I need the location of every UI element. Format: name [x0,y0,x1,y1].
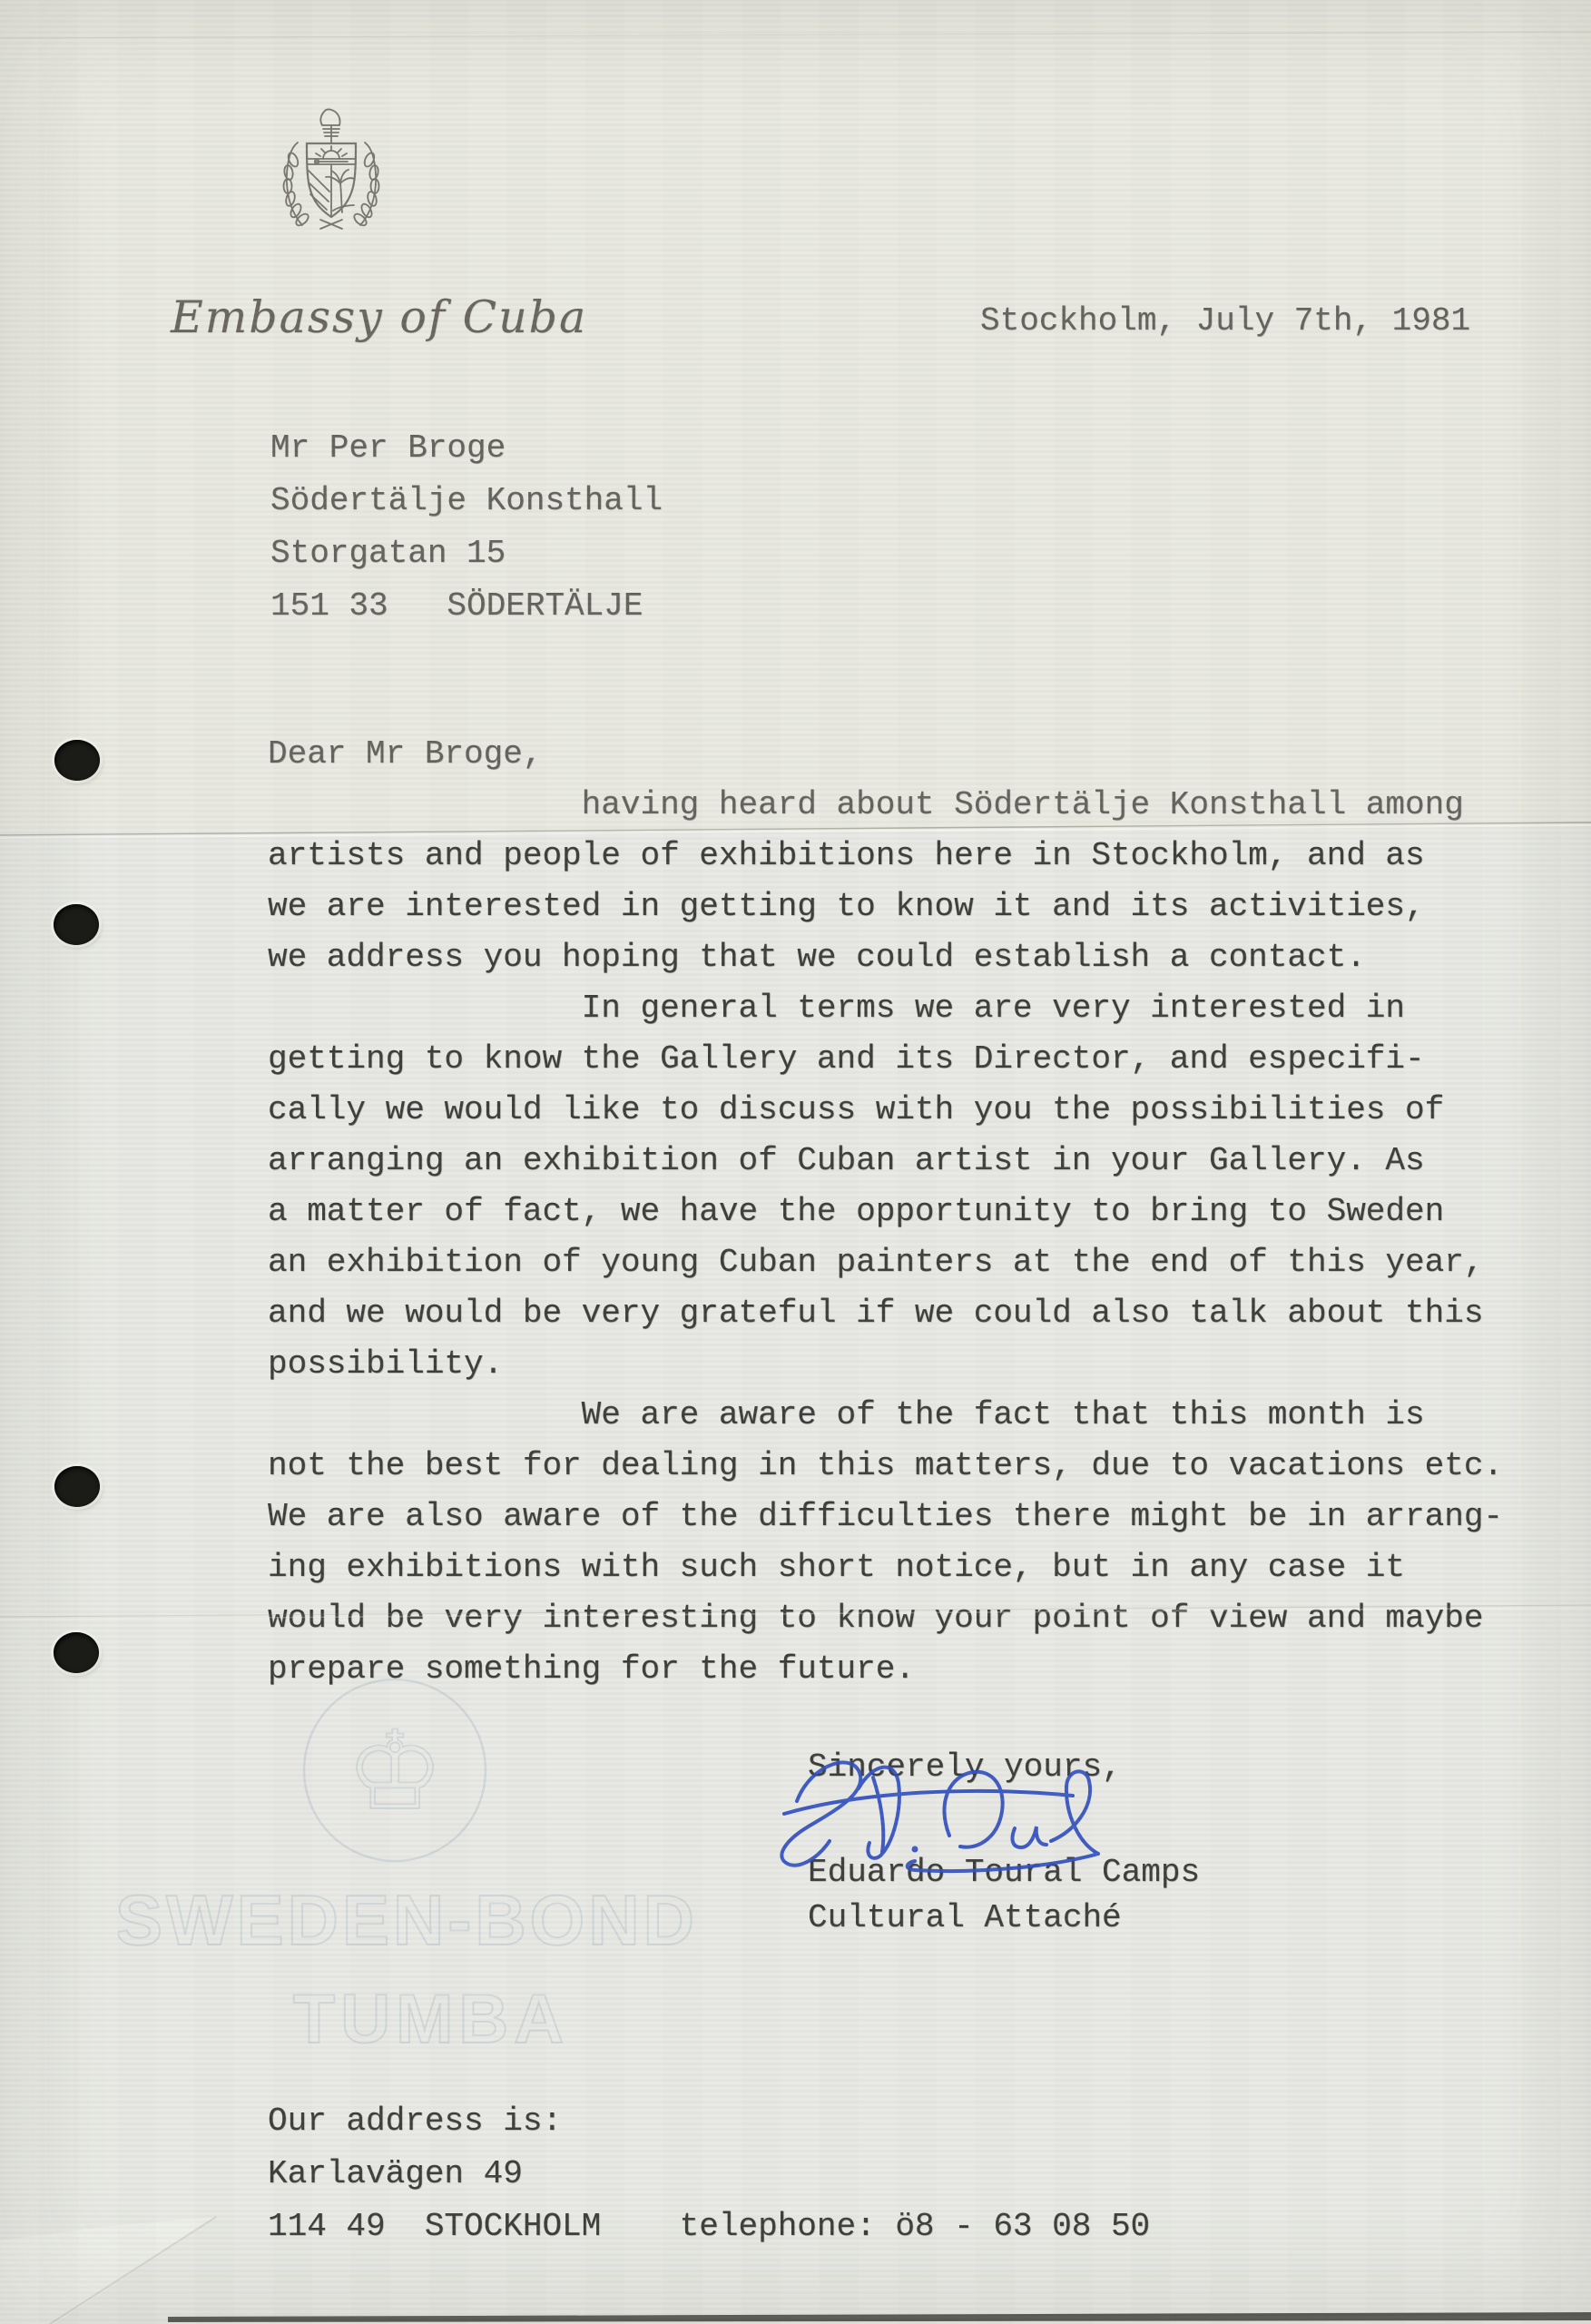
letter-page: ♔ SWEDEN-BOND TUMBA [0,0,1591,2324]
embassy-name: Embassy of Cuba [171,292,587,343]
paper-watermark: ♔ SWEDEN-BOND TUMBA [118,1652,717,2088]
watermark-mill-text: TUMBA [293,1981,569,2058]
upper-paper-tint [0,0,1591,830]
punch-hole [54,1632,99,1673]
corner-fold-edge [50,2217,216,2324]
corner-fold [0,2217,216,2324]
cuban-coat-of-arms-icon [275,107,388,232]
footer-address: Our address is: Karlavägen 49 114 49 STO… [268,2095,1150,2253]
watermark-brand-text: SWEDEN-BOND [118,1880,698,1960]
handwritten-signature [771,1745,1116,1886]
dateline: Stockholm, July 7th, 1981 [980,296,1470,347]
letter-body: Dear Mr Broge, having heard about Södert… [268,729,1503,1695]
scan-edge-bottom [168,2312,1591,2322]
top-faint-crease [0,32,1591,38]
punch-hole [54,1466,100,1507]
crown-icon: ♔ [346,1709,444,1835]
punch-hole [54,740,100,781]
punch-hole [54,904,99,945]
recipient-address: Mr Per Broge Södertälje Konsthall Storga… [270,422,663,633]
signatory-title: Cultural Attaché [808,1893,1122,1944]
